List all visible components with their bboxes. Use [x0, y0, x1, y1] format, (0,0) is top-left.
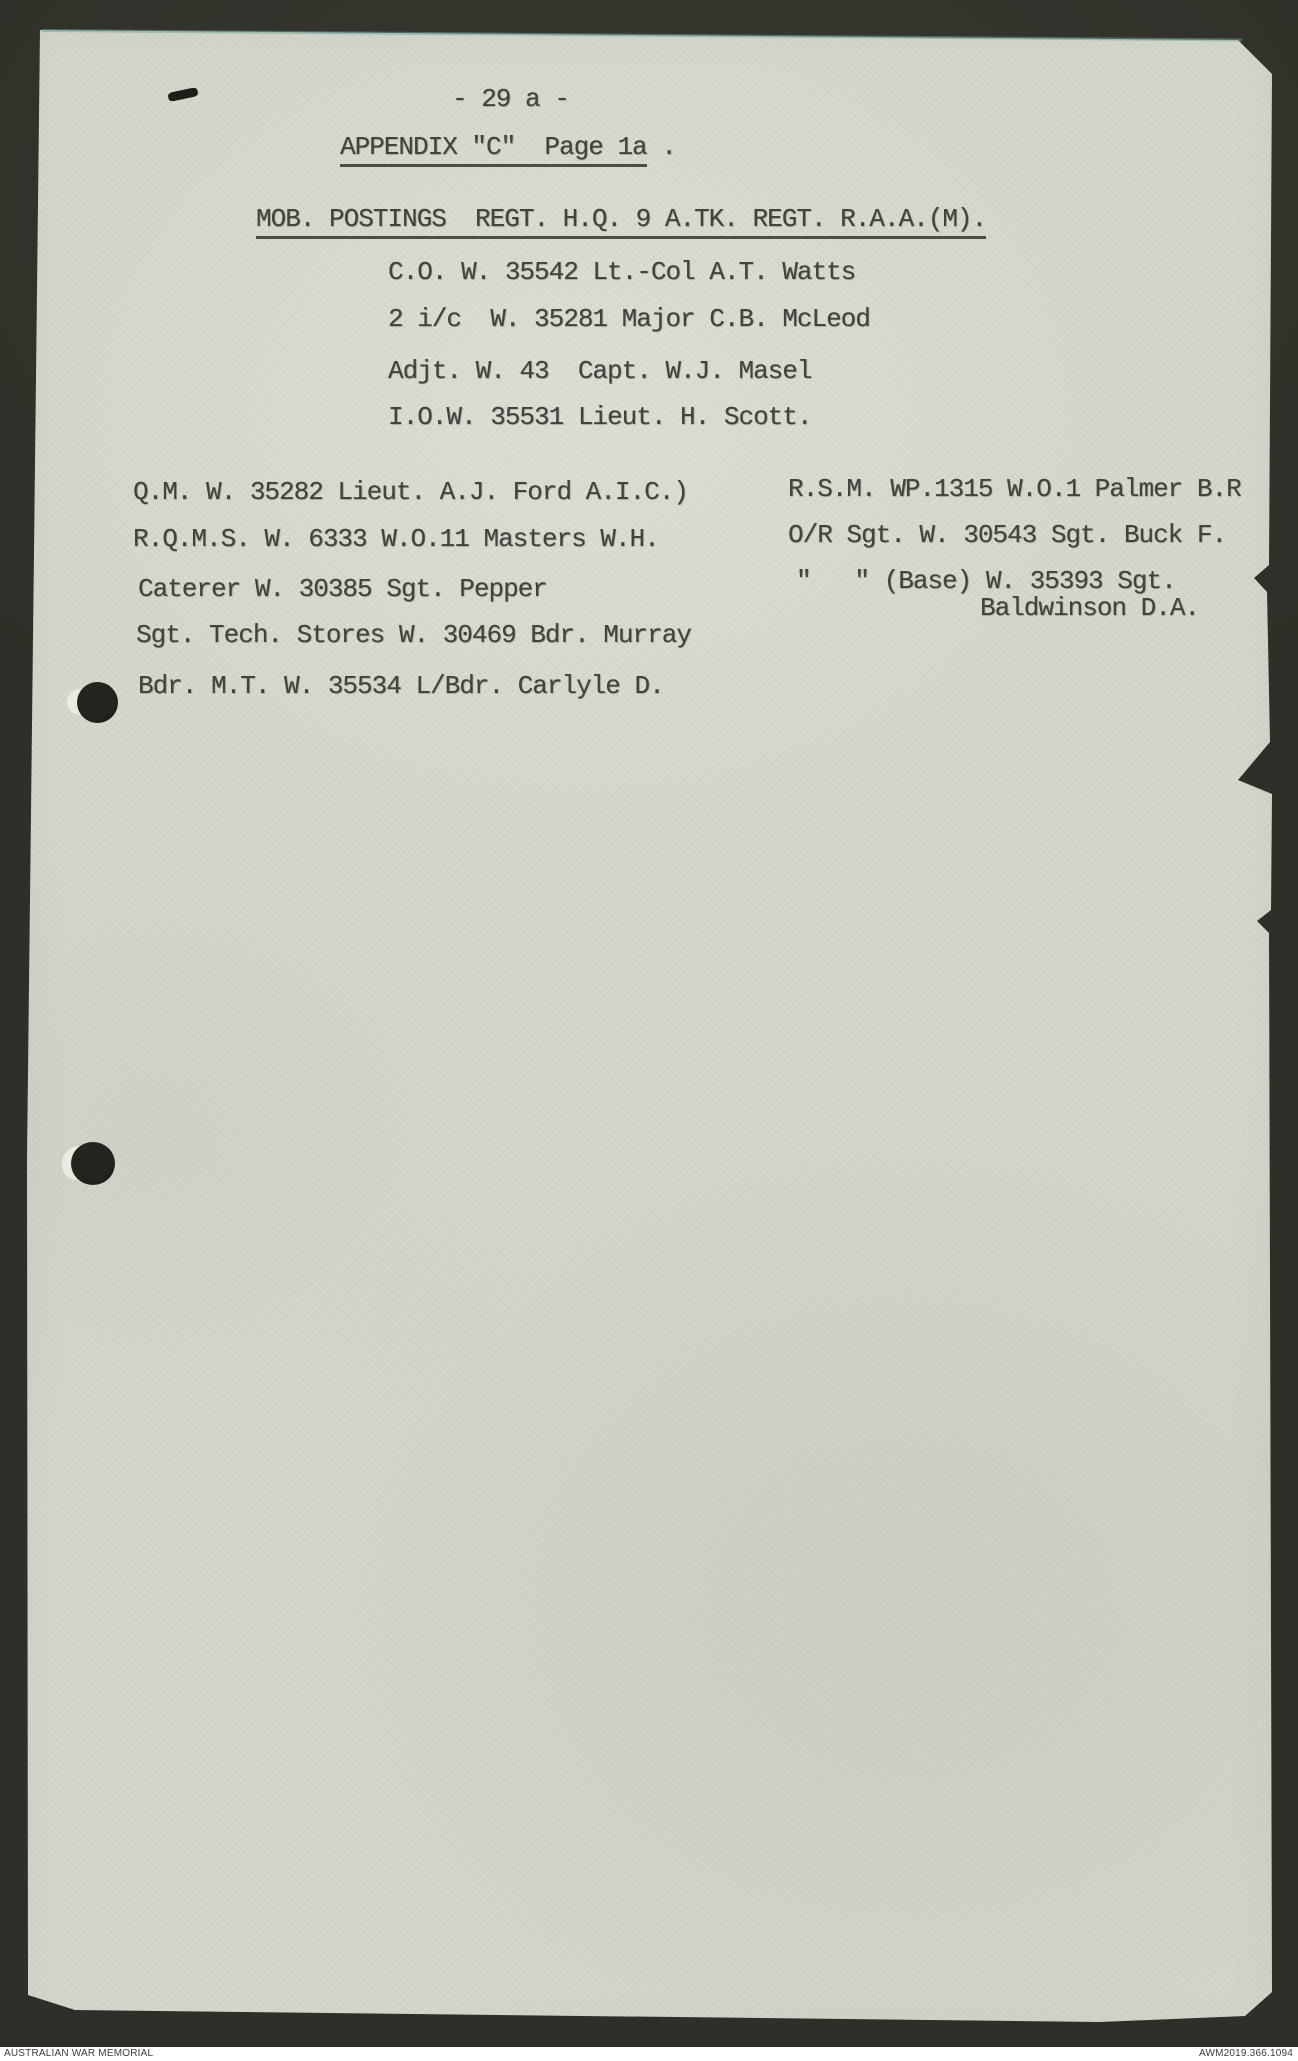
archive-footer-institution: AUSTRALIAN WAR MEMORIAL: [4, 2048, 153, 2059]
posting-line-or-base: " " (Base) W. 35393 Sgt.: [796, 566, 1176, 596]
appendix-heading-suffix: .: [647, 132, 676, 162]
appendix-heading-line: APPENDIX "C" Page 1a .: [340, 132, 676, 162]
document-title: MOB. POSTINGS REGT. H.Q. 9 A.TK. REGT. R…: [256, 204, 986, 239]
posting-line-qm: Q.M. W. 35282 Lieut. A.J. Ford A.I.C.): [133, 477, 688, 507]
document-title-line: MOB. POSTINGS REGT. H.Q. 9 A.TK. REGT. R…: [256, 204, 986, 234]
archive-footer: AUSTRALIAN WAR MEMORIAL AWM2019.366.1094: [0, 2047, 1298, 2061]
punch-hole: [71, 1142, 115, 1185]
posting-line-tech-stores: Sgt. Tech. Stores W. 30469 Bdr. Murray: [136, 620, 691, 650]
posting-line-bdr-mt: Bdr. M.T. W. 35534 L/Bdr. Carlyle D.: [138, 671, 664, 701]
posting-line-or-sgt: O/R Sgt. W. 30543 Sgt. Buck F.: [788, 520, 1226, 550]
posting-line-adjt: Adjt. W. 43 Capt. W.J. Masel: [388, 356, 811, 386]
posting-line-rsm: R.S.M. WP.1315 W.O.1 Palmer B.R: [788, 474, 1241, 504]
punch-hole: [77, 682, 118, 723]
posting-line-rqms: R.Q.M.S. W. 6333 W.O.11 Masters W.H.: [133, 524, 659, 554]
archive-footer-reference: AWM2019.366.1094: [1199, 2048, 1293, 2059]
posting-line-io: I.O.W. 35531 Lieut. H. Scott.: [388, 402, 811, 432]
posting-line-baldwinson: Baldwinson D.A.: [980, 593, 1199, 623]
page-number: - 29 a -: [452, 84, 569, 114]
posting-line-co: C.O. W. 35542 Lt.-Col A.T. Watts: [388, 257, 855, 287]
posting-line-caterer: Caterer W. 30385 Sgt. Pepper: [138, 574, 547, 604]
appendix-heading: APPENDIX "C" Page 1a: [340, 132, 647, 167]
posting-line-2ic: 2 i/c W. 35281 Major C.B. McLeod: [388, 304, 870, 334]
